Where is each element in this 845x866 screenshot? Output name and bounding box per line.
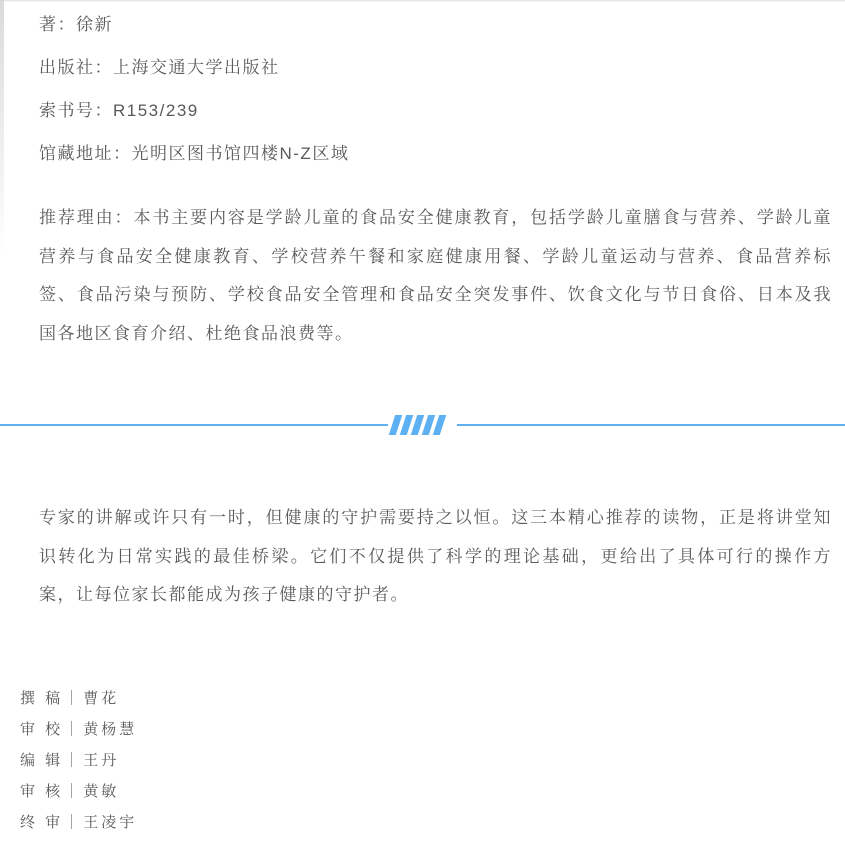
divider-gap: [443, 424, 457, 426]
credit-row-editor: 编 辑｜王丹: [20, 745, 845, 776]
book-publisher-line: 出版社：上海交通大学出版社: [39, 49, 832, 87]
credit-name: 黄敏: [83, 783, 119, 800]
credit-row-writer: 撰 稿｜曹花: [20, 683, 845, 714]
credit-separator: ｜: [63, 783, 83, 800]
credit-role: 编 辑: [20, 752, 63, 769]
recommendation-paragraph: 推荐理由：本书主要内容是学龄儿童的食品安全健康教育，包括学龄儿童膳食与营养、学龄…: [0, 199, 845, 353]
credit-separator: ｜: [63, 814, 83, 831]
credit-name: 黄杨慧: [83, 721, 137, 738]
credit-name: 王凌宇: [83, 814, 137, 831]
book-info-block: 著：徐新 出版社：上海交通大学出版社 索书号：R153/239 馆藏地址：光明区…: [0, 0, 845, 173]
credits-list: 撰 稿｜曹花 审 校｜黄杨慧 编 辑｜王丹 审 核｜黄敏 终 审｜王凌宇: [0, 683, 845, 838]
article-page: 著：徐新 出版社：上海交通大学出版社 索书号：R153/239 馆藏地址：光明区…: [0, 0, 845, 866]
section-divider: [0, 415, 845, 435]
closing-paragraph: 专家的讲解或许只有一时，但健康的守护需要持之以恒。这三本精心推荐的读物，正是将讲…: [0, 499, 845, 615]
credit-row-reviewer: 审 核｜黄敏: [20, 776, 845, 807]
credit-role: 审 校: [20, 721, 63, 738]
credit-name: 曹花: [83, 690, 119, 707]
credit-name: 王丹: [83, 752, 119, 769]
credit-row-final-reviewer: 终 审｜王凌宇: [20, 807, 845, 838]
book-author-line: 著：徐新: [39, 6, 832, 44]
book-location-line: 馆藏地址：光明区图书馆四楼N-Z区域: [39, 135, 832, 173]
credit-role: 撰 稿: [20, 690, 63, 707]
credit-separator: ｜: [63, 721, 83, 738]
credit-role: 终 审: [20, 814, 63, 831]
credit-separator: ｜: [63, 690, 83, 707]
book-call-number-line: 索书号：R153/239: [39, 92, 832, 130]
credit-role: 审 核: [20, 783, 63, 800]
divider-line-left: [0, 424, 388, 426]
credit-row-proofreader: 审 校｜黄杨慧: [20, 714, 845, 745]
credit-separator: ｜: [63, 752, 83, 769]
divider-line-right: [457, 424, 845, 426]
divider-slashes-icon: [392, 415, 443, 435]
